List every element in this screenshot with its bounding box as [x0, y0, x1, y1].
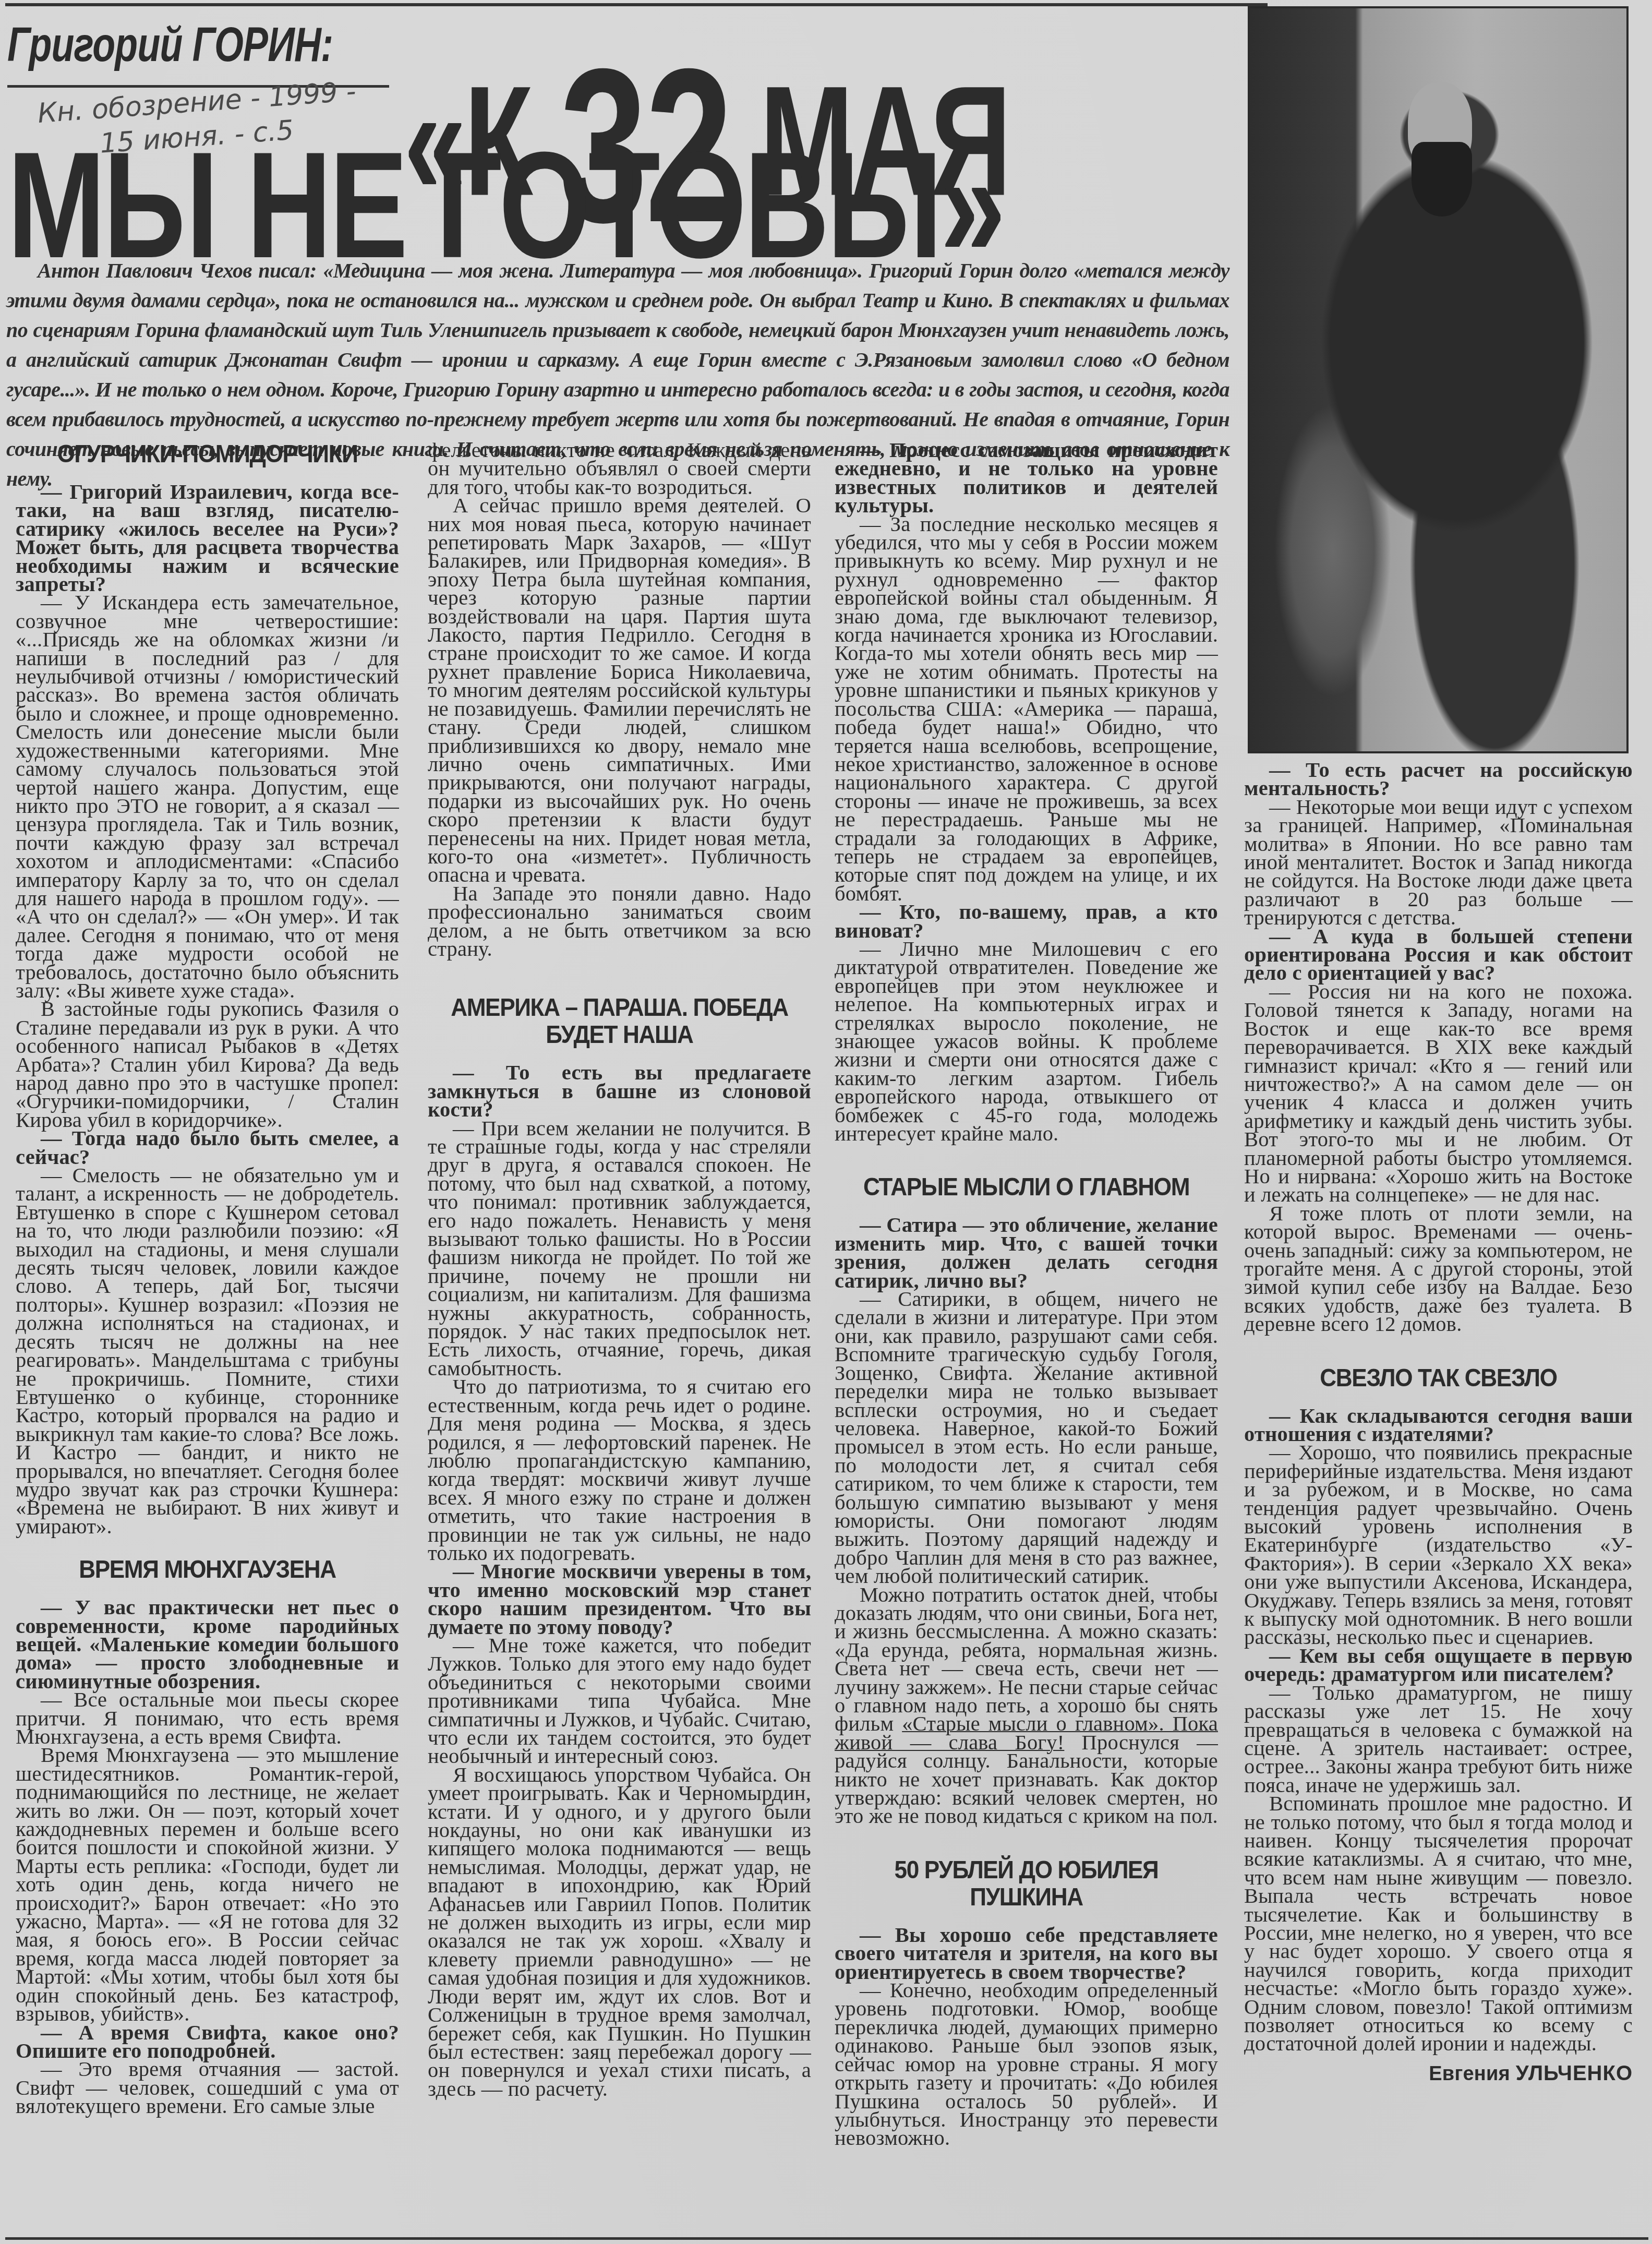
- paragraph-continued: фельетоны никто не читал. Каждый день он…: [428, 441, 811, 496]
- interview-question: — Вы хорошо себе представляете своего чи…: [835, 1926, 1218, 1981]
- bottom-rule: [5, 2237, 1648, 2240]
- paragraph: Вспоминать прошлое мне радостно. И не то…: [1244, 1794, 1633, 2053]
- column-2: фельетоны никто не читал. Каждый день он…: [428, 441, 811, 2098]
- column-4: — То есть расчет на российскую ментально…: [1244, 761, 1633, 2083]
- column-1: ОГУРЧИКИ-ПОМИДОРЧИКИ — Григорий Израилев…: [16, 441, 399, 2116]
- section-heading: СВЕЗЛО ТАК СВЕЗЛО: [1260, 1365, 1617, 1392]
- newspaper-page: Григорий ГОРИН: Кн. обозрение - 1999 - 1…: [0, 0, 1652, 2244]
- interview-question: — Многие москвичи уверены в том, что име…: [428, 1562, 811, 1636]
- photo-beard-shape: [1412, 142, 1472, 216]
- interview-question: — А куда в большей степени ориентирована…: [1244, 927, 1633, 982]
- paragraph: Можно потратить остаток дней, чтобы дока…: [835, 1586, 1218, 1826]
- interview-answer: — Конечно, необходим определенный уровен…: [835, 1981, 1218, 2147]
- interview-question: — Как складываются сегодня ваши отношени…: [1244, 1407, 1633, 1444]
- interview-question: — Кем вы себя ощущаете в первую очередь:…: [1244, 1647, 1633, 1684]
- headline: «К 32 МАЯ МЫ НЕ ГОТОВЫ»: [7, 16, 1254, 256]
- interview-question: — Тогда надо было быть смелее, а сейчас?: [16, 1129, 399, 1166]
- paragraph: А сейчас пришло время деятелей. О них мо…: [428, 496, 811, 884]
- byline-surname: УЛЬЧЕНКО: [1516, 2062, 1633, 2085]
- section-heading: ВРЕМЯ МЮНХГАУЗЕНА: [31, 1556, 383, 1583]
- interview-question: — То есть расчет на российскую ментально…: [1244, 761, 1633, 798]
- interview-answer: — У Искандера есть замечательное, созвуч…: [16, 593, 399, 1000]
- section-heading: 50 РУБЛЕЙ ДО ЮБИЛЕЯ ПУШКИНА: [850, 1857, 1202, 1911]
- interview-answer: — Все остальные мои пьесы скорее притчи.…: [16, 1690, 399, 1746]
- interview-answer: — При всем желании не получится. В те ст…: [428, 1119, 811, 1378]
- interview-question: — Сатира — это обличение, желание измени…: [835, 1216, 1218, 1290]
- interview-answer: — Некоторые мои вещи идут с успехом за г…: [1244, 798, 1633, 927]
- section-heading: СТАРЫЕ МЫСЛИ О ГЛАВНОМ: [850, 1174, 1202, 1201]
- section-heading: ОГУРЧИКИ-ПОМИДОРЧИКИ: [31, 441, 383, 468]
- interview-answer: — Россия ни на кого не похожа. Головой т…: [1244, 982, 1633, 1204]
- interview-question: — У вас практически нет пьес о современн…: [16, 1598, 399, 1690]
- author-byline: Евгения УЛЬЧЕНКО: [1244, 2065, 1633, 2083]
- paragraph: Я восхищаюсь упорством Чубайса. Он умеет…: [428, 1766, 811, 2098]
- column-3: — Процесс самозащиты происходит ежедневн…: [835, 441, 1218, 2147]
- interview-question: — А время Свифта, какое оно? Опишите его…: [16, 2023, 399, 2060]
- interview-question: — Кто, по-вашему, прав, а кто виноват?: [835, 903, 1218, 940]
- section-heading: АМЕРИКА – ПАРАША. ПОБЕДА БУДЕТ НАША: [443, 994, 795, 1049]
- paragraph: На Западе это поняли давно. Надо професс…: [428, 884, 811, 958]
- top-rule: [5, 3, 1268, 6]
- paragraph: В застойные годы рукопись Фазиля о Стали…: [16, 1000, 399, 1129]
- interview-answer: — Мне тоже кажется, что победит Лужков. …: [428, 1636, 811, 1766]
- interview-answer: — Лично мне Милошевич с его диктатурой о…: [835, 940, 1218, 1143]
- interview-answer: — За последние несколько месяцев я убеди…: [835, 515, 1218, 903]
- paragraph: Время Мюнхгаузена — это мышление шестиде…: [16, 1746, 399, 2023]
- interview-answer: — Только драматургом, не пишу рассказы у…: [1244, 1684, 1633, 1794]
- byline-first-name: Евгения: [1429, 2063, 1510, 2085]
- interview-question: — Процесс самозащиты происходит ежедневн…: [835, 441, 1218, 515]
- interview-answer: — Сатирики, в общем, ничего не сделали в…: [835, 1290, 1218, 1586]
- interview-question: — Григорий Израилевич, когда все-таки, н…: [16, 483, 399, 593]
- interview-question: — То есть вы предлагаете замкнуться в ба…: [428, 1063, 811, 1119]
- paragraph: Что до патриотизма, то я считаю его есте…: [428, 1377, 811, 1562]
- author-photo: [1248, 6, 1629, 753]
- paragraph: Я тоже плоть от плоти земли, на которой …: [1244, 1204, 1633, 1334]
- interview-answer: — Это время отчаяния — застой. Свифт — ч…: [16, 2060, 399, 2115]
- interview-answer: — Смелость — не обязательно ум и талант,…: [16, 1166, 399, 1535]
- interview-answer: — Хорошо, что появились прекрасные периф…: [1244, 1443, 1633, 1646]
